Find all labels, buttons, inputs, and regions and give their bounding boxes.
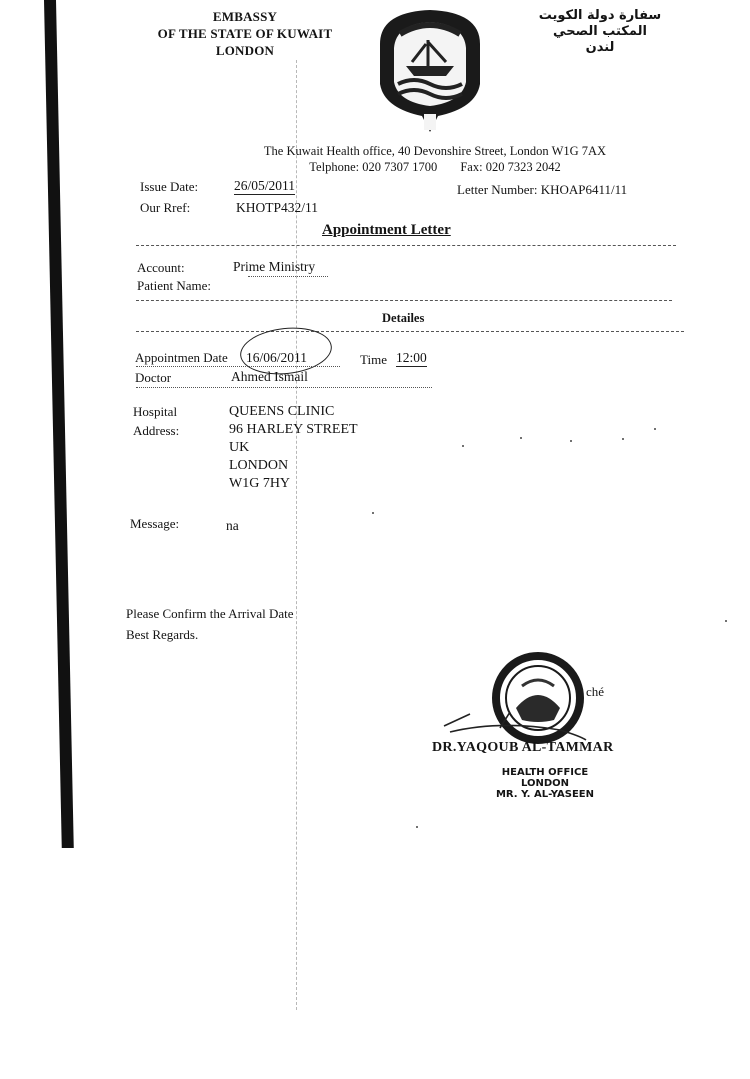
time-label: Time [360, 352, 387, 368]
scan-page-edge [44, 0, 74, 848]
patient-name-label: Patient Name: [137, 278, 211, 294]
scan-speck [520, 437, 522, 439]
letter-number-value: KHOAP6411/11 [541, 182, 627, 197]
divider [136, 300, 672, 301]
underline [136, 387, 432, 388]
letter-number: Letter Number: KHOAP6411/11 [457, 182, 627, 198]
issue-date-label: Issue Date: [140, 179, 198, 195]
account-value: Prime Ministry [233, 259, 315, 275]
address-label: Address: [133, 423, 179, 439]
scan-speck [462, 445, 464, 447]
details-heading: Detailes [382, 311, 424, 326]
office-address: The Kuwait Health office, 40 Devonshire … [200, 143, 670, 175]
embassy-line-1: EMBASSY [140, 8, 350, 25]
issue-date-value: 26/05/2011 [234, 178, 295, 195]
doctor-value: Ahmed Ismail [231, 369, 308, 385]
message-value: na [226, 518, 239, 534]
underline [136, 366, 340, 367]
hospital-city: LONDON [229, 457, 358, 475]
hospital-country: UK [229, 439, 358, 457]
office-line-3: MR. Y. AL-YASEEN [480, 789, 610, 800]
appointment-date-value: 16/06/2011 [246, 350, 307, 366]
scan-speck [654, 428, 656, 430]
fax: Fax: 020 7323 2042 [460, 160, 560, 174]
hospital-street: 96 HARLEY STREET [229, 421, 358, 439]
embassy-line-2: OF THE STATE OF KUWAIT [140, 25, 350, 42]
account-label: Account: [137, 260, 185, 276]
hospital-label: Hospital [133, 404, 177, 420]
embassy-line-3: LONDON [140, 42, 350, 59]
health-office-block: HEALTH OFFICE LONDON MR. Y. AL-YASEEN [480, 767, 610, 800]
our-ref-label: Our Rref: [140, 200, 190, 216]
office-line-2: LONDON [480, 778, 610, 789]
signatory-name: DR.YAQOUB AL-TAMMAR [432, 740, 613, 756]
office-line-1: HEALTH OFFICE [480, 767, 610, 778]
appointment-date-label: Appointmen Date [135, 350, 228, 366]
embassy-ar-line-1: سفارة دولة الكويت [520, 8, 680, 24]
hospital-address: QUEENS CLINIC 96 HARLEY STREET UK LONDON… [229, 403, 358, 493]
embassy-name-english: EMBASSY OF THE STATE OF KUWAIT LONDON [140, 8, 350, 59]
divider [136, 245, 676, 246]
contact-line: Telphone: 020 7307 1700 Fax: 020 7323 20… [200, 159, 670, 175]
hospital-postcode: W1G 7HY [229, 475, 358, 493]
doctor-label: Doctor [135, 370, 171, 386]
scan-speck [725, 620, 727, 622]
telephone: Telphone: 020 7307 1700 [309, 160, 437, 174]
scan-speck [372, 512, 374, 514]
embassy-name-arabic: سفارة دولة الكويت المكتب الصحي لندن [520, 8, 680, 56]
message-label: Message: [130, 516, 179, 532]
best-regards: Best Regards. [126, 627, 198, 643]
address-line: The Kuwait Health office, 40 Devonshire … [200, 143, 670, 159]
scan-speck [622, 438, 624, 440]
divider [136, 331, 684, 332]
letter-number-label: Letter Number: [457, 182, 538, 197]
confirm-arrival-text: Please Confirm the Arrival Date [126, 606, 294, 622]
scan-speck [416, 826, 418, 828]
hospital-name: QUEENS CLINIC [229, 403, 358, 421]
our-ref-value: KHOTP432/11 [236, 200, 318, 216]
embassy-ar-line-3: لندن [520, 40, 680, 56]
time-value: 12:00 [396, 350, 427, 367]
attache-text: ché [586, 684, 604, 700]
scan-speck [570, 440, 572, 442]
kuwait-coat-of-arms-icon [366, 4, 494, 134]
underline [248, 276, 328, 277]
embassy-ar-line-2: المكتب الصحي [520, 24, 680, 40]
letter-title: Appointment Letter [322, 222, 451, 239]
